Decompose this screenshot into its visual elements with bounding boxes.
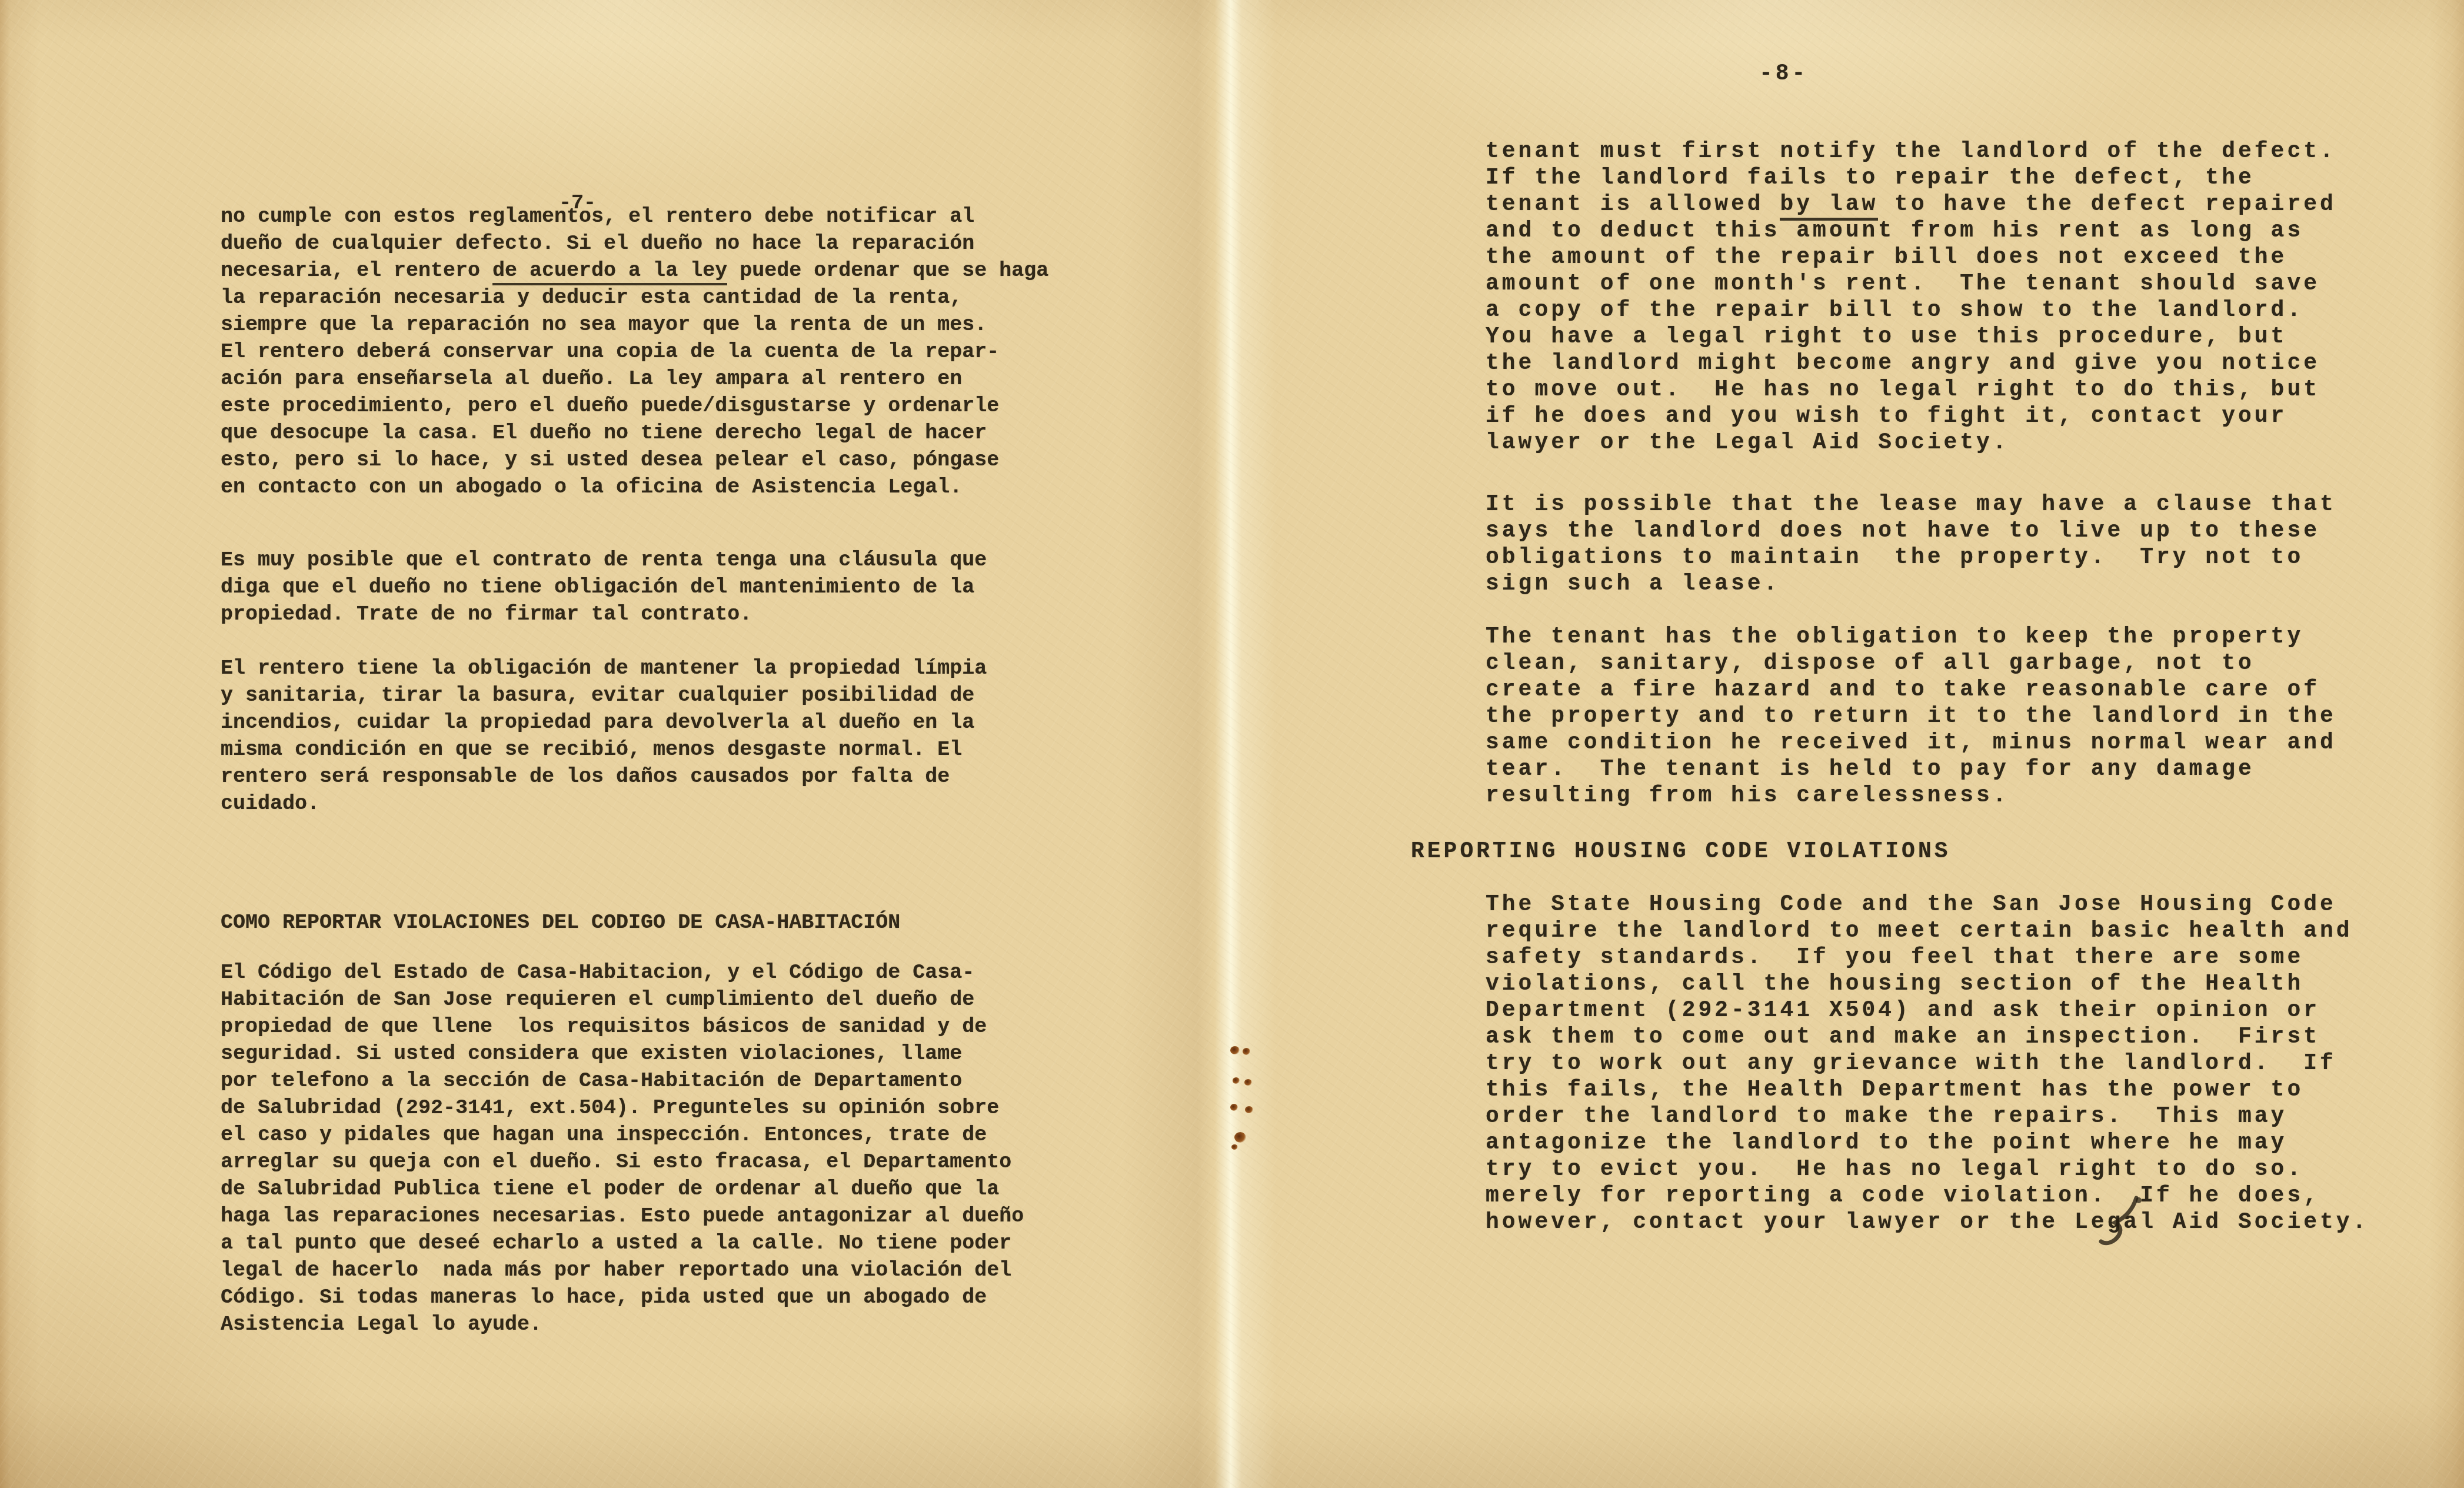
text-line: try to work out any grievance with the l… [1486,1050,2369,1077]
text-line: If the landlord fails to repair the defe… [1486,165,2336,191]
rust-spot [1230,1046,1240,1054]
text-line: to move out. He has no legal right to do… [1486,377,2336,403]
text-line: the amount of the repair bill does not e… [1486,244,2336,271]
text-line: tear. The tenant is held to pay for any … [1486,756,2336,783]
rust-spot [1243,1048,1250,1055]
text-line: propiedad de que llene los requisitos bá… [221,1013,1024,1040]
left-section-heading: COMO REPORTAR VIOLACIONES DEL CODIGO DE … [221,909,900,936]
text-line: create a fire hazard and to take reasona… [1486,677,2336,703]
text-line: por telefono a la sección de Casa-Habita… [221,1067,1024,1094]
text-line: Habitación de San Jose requieren el cump… [221,986,1024,1013]
text-line: merely for reporting a code violation. I… [1486,1183,2369,1209]
ink-smudge-drawing [2086,1194,2150,1253]
text-line: seguridad. Si usted considera que existe… [221,1040,1024,1067]
text-line: El rentero tiene la obligación de manten… [221,655,987,682]
right-paragraph-4: The State Housing Code and the San Jose … [1486,891,2369,1236]
rust-spot [1230,1104,1238,1111]
text-line: order the landlord to make the repairs. … [1486,1103,2369,1130]
text-line: tenant must first notify the landlord of… [1486,138,2336,165]
text-line: dueño de cualquier defecto. Si el dueño … [221,230,1048,257]
underlined-text: by law [1780,192,1878,221]
text-line: ask them to come out and make an inspect… [1486,1024,2369,1050]
right-paragraph-1: tenant must first notify the landlord of… [1486,138,2336,456]
left-paragraph-3: El rentero tiene la obligación de manten… [221,655,987,817]
right-section-heading: REPORTING HOUSING CODE VIOLATIONS [1411,838,1951,865]
rust-spot [1244,1079,1252,1086]
text-line: a tal punto que deseé echarlo a usted a … [221,1230,1024,1257]
text-line: misma condición en que se recibió, menos… [221,736,987,763]
text-line: resulting from his carelessness. [1486,783,2336,809]
text-line: Department (292-3141 X504) and ask their… [1486,997,2369,1024]
text-line: tenant is allowed by law to have the def… [1486,191,2336,218]
text-line: and to deduct this amount from his rent … [1486,218,2336,244]
text-line: require the landlord to meet certain bas… [1486,918,2369,944]
text-line: Es muy posible que el contrato de renta … [221,547,987,574]
text-line: diga que el dueño no tiene obligación de… [221,574,987,601]
text-line: however, contact your lawyer or the Lega… [1486,1209,2369,1236]
rust-spot [1245,1106,1253,1113]
text-line: the landlord might become angry and give… [1486,350,2336,377]
text-line: esto, pero si lo hace, y si usted desea … [221,447,1048,474]
text-line: rentero será responsable de los daños ca… [221,763,987,790]
text-line: arreglar su queja con el dueño. Si esto … [221,1149,1024,1176]
text-line: The tenant has the obligation to keep th… [1486,624,2336,650]
text-line: Código. Si todas maneras lo hace, pida u… [221,1284,1024,1311]
text-line: necesaria, el rentero de acuerdo a la le… [221,257,1048,284]
text-line: a copy of the repair bill to show to the… [1486,297,2336,324]
scanned-booklet-spread: -7- no cumple con estos reglamentos, el … [0,0,2464,1488]
rust-spot [1234,1132,1246,1143]
left-paragraph-1: no cumple con estos reglamentos, el rent… [221,203,1048,501]
text-line: clean, sanitary, dispose of all garbage,… [1486,650,2336,677]
text-line: Asistencia Legal lo ayude. [221,1311,1024,1338]
text-line: en contacto con un abogado o la oficina … [221,474,1048,501]
text-line: try to evict you. He has no legal right … [1486,1156,2369,1183]
text-line: violations, call the housing section of … [1486,971,2369,997]
left-paragraph-4: El Código del Estado de Casa-Habitacion,… [221,959,1024,1338]
text-segment: necesaria, el rentero [221,259,492,282]
text-line: siempre que la reparación no sea mayor q… [221,311,1048,338]
text-line: el caso y pidales que hagan una inspecci… [221,1121,1024,1149]
text-line: obligations to maintain the property. Tr… [1486,544,2336,571]
text-line: de Salubridad (292-3141, ext.504). Pregu… [221,1094,1024,1121]
text-line: ación para enseñarsela al dueño. La ley … [221,365,1048,392]
text-line: no cumple con estos reglamentos, el rent… [221,203,1048,230]
text-line: de Salubridad Publica tiene el poder de … [221,1176,1024,1203]
text-line: the property and to return it to the lan… [1486,703,2336,730]
text-line: propiedad. Trate de no firmar tal contra… [221,601,987,628]
ink-smudge [2086,1194,2150,1256]
text-line: safety standards. If you feel that there… [1486,944,2369,971]
text-line: You have a legal right to use this proce… [1486,324,2336,350]
text-line: incendios, cuidar la propiedad para devo… [221,709,987,736]
text-line: antagonize the landlord to the point whe… [1486,1130,2369,1156]
text-segment: tenant is allowed [1486,192,1780,217]
text-line: amount of one month's rent. The tenant s… [1486,271,2336,297]
text-line: same condition he received it, minus nor… [1486,730,2336,756]
underlined-text: de acuerdo a la ley [492,259,727,285]
text-line: The State Housing Code and the San Jose … [1486,891,2369,918]
rust-spot [1231,1144,1238,1150]
text-line: lawyer or the Legal Aid Society. [1486,430,2336,456]
text-line: sign such a lease. [1486,571,2336,597]
right-paragraph-2: It is possible that the lease may have a… [1486,491,2336,597]
text-line: haga las reparaciones necesarias. Esto p… [221,1203,1024,1230]
text-line: It is possible that the lease may have a… [1486,491,2336,518]
text-line: if he does and you wish to fight it, con… [1486,403,2336,430]
text-line: y sanitaria, tirar la basura, evitar cua… [221,682,987,709]
right-page-number: -8- [1759,61,1808,87]
text-line: este procedimiento, pero el dueño puede/… [221,392,1048,420]
text-line: que desocupe la casa. El dueño no tiene … [221,420,1048,447]
text-line: cuidado. [221,790,987,817]
right-paragraph-3: The tenant has the obligation to keep th… [1486,624,2336,809]
text-line: legal de hacerlo nada más por haber repo… [221,1257,1024,1284]
text-line: says the landlord does not have to live … [1486,518,2336,544]
left-paragraph-2: Es muy posible que el contrato de renta … [221,547,987,628]
rust-spot [1233,1077,1240,1084]
text-line: la reparación necesaria y deducir esta c… [221,284,1048,311]
text-line: El Código del Estado de Casa-Habitacion,… [221,959,1024,986]
text-segment: to have the defect repaired [1878,192,2336,217]
text-line: El rentero deberá conservar una copia de… [221,338,1048,365]
text-segment: puede ordenar que se haga [727,259,1048,282]
text-line: this fails, the Health Department has th… [1486,1077,2369,1103]
